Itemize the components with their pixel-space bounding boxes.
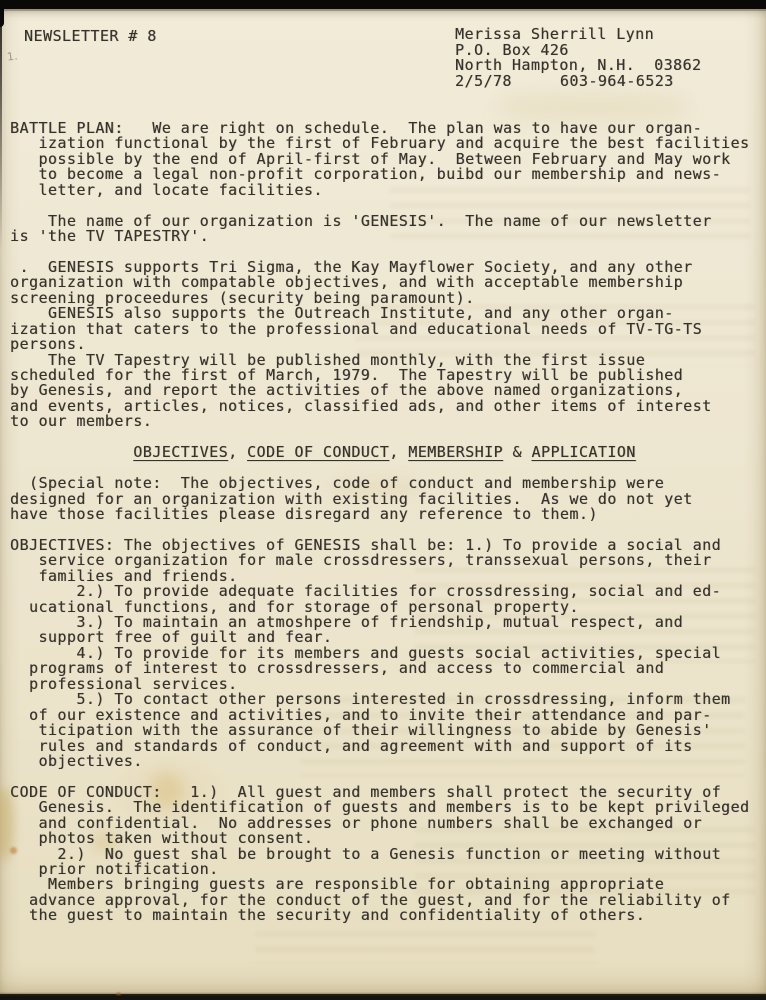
date-phone-line: 2/5/78 603-964-6523 bbox=[455, 74, 702, 90]
text-line: to our members. bbox=[10, 414, 762, 429]
text-line: objectives. bbox=[10, 754, 762, 769]
contact-block: Merissa Sherrill Lynn P.O. Box 426 North… bbox=[455, 27, 702, 89]
scanned-newsletter-page: 1. NEWSLETTER # 8 Merissa Sherrill Lynn … bbox=[0, 0, 766, 1000]
document-body: BATTLE PLAN: We are right on schedule. T… bbox=[10, 121, 762, 924]
text-line: letter, and locate facilities. bbox=[10, 183, 762, 198]
paper-top-shadow bbox=[0, 9, 766, 11]
bleedthrough-smudge bbox=[255, 931, 595, 963]
phone-number: 603-964-6523 bbox=[560, 74, 674, 90]
newsletter-number: NEWSLETTER # 8 bbox=[24, 27, 157, 45]
text-line: is 'the TV TAPESTRY'. bbox=[10, 229, 762, 244]
spacer bbox=[512, 74, 560, 90]
scan-border-bottom bbox=[0, 992, 766, 1000]
scan-border-left bbox=[0, 9, 2, 249]
text-line: have those facilities please disregard a… bbox=[10, 507, 762, 522]
paper-stain bbox=[498, 93, 688, 121]
scan-border-top bbox=[0, 0, 766, 9]
letter-date: 2/5/78 bbox=[455, 74, 512, 90]
text-line: OBJECTIVES, CODE OF CONDUCT, MEMBERSHIP … bbox=[10, 445, 762, 460]
text-line: the guest to maintain the security and c… bbox=[10, 908, 762, 923]
text-line: ization that caters to the professional … bbox=[10, 322, 762, 337]
pencil-mark: 1. bbox=[6, 49, 18, 63]
